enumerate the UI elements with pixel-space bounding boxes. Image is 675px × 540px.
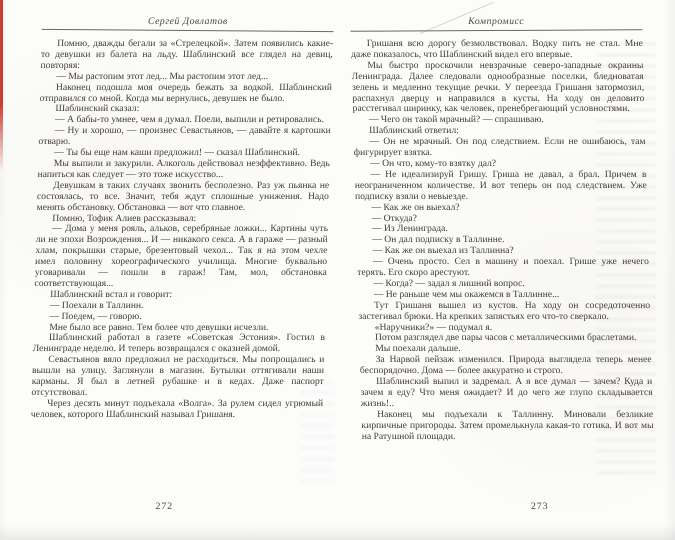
paragraph: Наконец подошла моя очередь бежать за во…	[40, 83, 333, 105]
paragraph: Мы быстро проскочили невзрачные северо-з…	[351, 61, 645, 116]
paragraph: Севастьянов вяло предложил не расходитьс…	[31, 355, 324, 399]
running-header-title: Компромисс	[350, 15, 642, 28]
paragraph: Гришаня всю дорогу безмолвствовал. Водку…	[351, 39, 644, 61]
red-edge-mark	[0, 0, 3, 172]
paragraph: — Поедем, — говорю.	[33, 312, 325, 323]
header-rule	[350, 29, 642, 32]
book-spread-scan: Сергей Довлатов Помню, дважды бегали за …	[0, 0, 675, 540]
paragraph: Наконец мы подъехали к Таллинну. Миновал…	[361, 410, 654, 443]
page-number: 272	[18, 501, 310, 512]
paragraph: — Очень просто. Сел в машину и поехал. Г…	[357, 257, 650, 279]
paragraph: Девушкам в таких случаях звонить бесполе…	[36, 181, 329, 214]
paragraph: — Мы растопим этот лед... Мы растопим эт…	[40, 72, 332, 83]
paragraph: Мы выпили и закурили. Алкоголь действова…	[37, 159, 330, 181]
paragraph: — Ну и хорошо, — произнес Севастьянов, —…	[38, 126, 331, 148]
header-rule	[42, 29, 334, 32]
running-header-author: Сергей Довлатов	[42, 15, 334, 28]
paragraph: Шаблинский выпил и задремал. А я все дум…	[360, 377, 653, 410]
paragraph: Шаблинский работал в газете «Советская Э…	[32, 333, 325, 355]
paragraph: — Дома у меня рояль, альков, серебряные …	[34, 224, 328, 289]
paragraph: — Он не мрачный. Он под следствием. Если…	[353, 137, 646, 159]
page-left: Сергей Довлатов Помню, дважды бегали за …	[28, 15, 334, 527]
page-number: 273	[394, 501, 675, 512]
page-right: Компромисс Гришаня всю дорогу безмолвств…	[350, 15, 656, 527]
paragraph: Тут Гришаня вышел из кустов. На ходу он …	[358, 301, 651, 323]
page-text: Гришаня всю дорогу безмолвствовал. Водку…	[351, 39, 654, 443]
paragraph: Через десять минут подъехала «Волга». За…	[31, 399, 324, 421]
paragraph: — Не идеализируй Гришу. Гриша не давал, …	[354, 170, 647, 203]
page-text: Помню, дважды бегали за «Стрелецкой». За…	[31, 39, 334, 421]
paragraph: — Как же он выехал?	[355, 203, 647, 214]
paragraph: За Нарвой пейзаж изменился. Природа выгл…	[360, 355, 653, 377]
paragraph: Помню, дважды бегали за «Стрелецкой». За…	[40, 39, 333, 72]
